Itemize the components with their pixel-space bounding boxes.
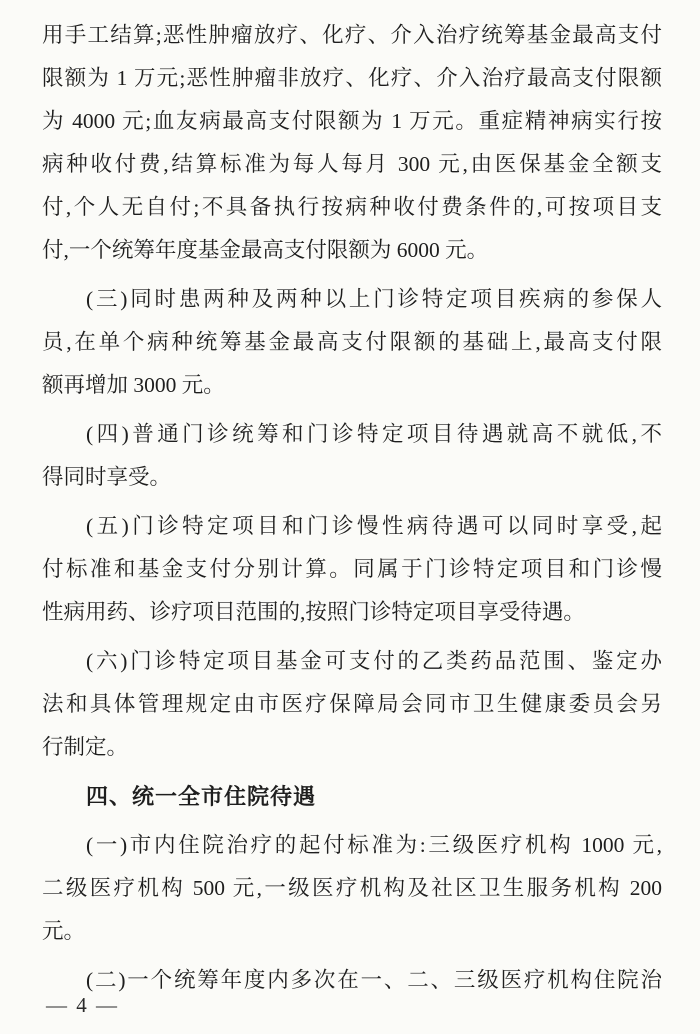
body-text-line: 得同时享受。 [42,456,662,499]
body-text-line: 付,一个统筹年度基金最高支付限额为 6000 元。 [42,229,662,272]
paragraph-start-line: (五)门诊特定项目和门诊慢性病待遇可以同时享受,起 [42,505,662,548]
paragraph-start-line: (三)同时患两种及两种以上门诊特定项目疾病的参保人 [42,278,662,321]
page-number: — 4 — [46,993,119,1018]
document-page: 用手工结算;恶性肿瘤放疗、化疗、介入治疗统筹基金最高支付 限额为 1 万元;恶性… [0,0,700,1034]
body-text-line: 限额为 1 万元;恶性肿瘤非放疗、化疗、介入治疗最高支付限额 [42,57,662,100]
paragraph-start-line: (二)一个统筹年度内多次在一、二、三级医疗机构住院治 [42,959,662,1002]
body-text-line: 元。 [42,910,662,953]
body-text-line: 二级医疗机构 500 元,一级医疗机构及社区卫生服务机构 200 [42,867,662,910]
body-text-line: 行制定。 [42,726,662,769]
body-text-line: 法和具体管理规定由市医疗保障局会同市卫生健康委员会另 [42,683,662,726]
body-text-line: 员,在单个病种统筹基金最高支付限额的基础上,最高支付限 [42,321,662,364]
body-text-line: 用手工结算;恶性肿瘤放疗、化疗、介入治疗统筹基金最高支付 [42,14,662,57]
paragraph-start-line: (六)门诊特定项目基金可支付的乙类药品范围、鉴定办 [42,640,662,683]
body-text-line: 性病用药、诊疗项目范围的,按照门诊特定项目享受待遇。 [42,591,662,634]
body-text-line: 付,个人无自付;不具备执行按病种收付费条件的,可按项目支 [42,186,662,229]
paragraph-start-line: (四)普通门诊统筹和门诊特定项目待遇就高不就低,不 [42,413,662,456]
body-text-line: 付标准和基金支付分别计算。同属于门诊特定项目和门诊慢 [42,548,662,591]
body-text-line: 额再增加 3000 元。 [42,364,662,407]
body-text-line: 病种收付费,结算标准为每人每月 300 元,由医保基金全额支 [42,143,662,186]
section-heading: 四、统一全市住院待遇 [42,775,662,818]
body-text-line: 为 4000 元;血友病最高支付限额为 1 万元。重症精神病实行按 [42,100,662,143]
paragraph-start-line: (一)市内住院治疗的起付标准为:三级医疗机构 1000 元, [42,824,662,867]
